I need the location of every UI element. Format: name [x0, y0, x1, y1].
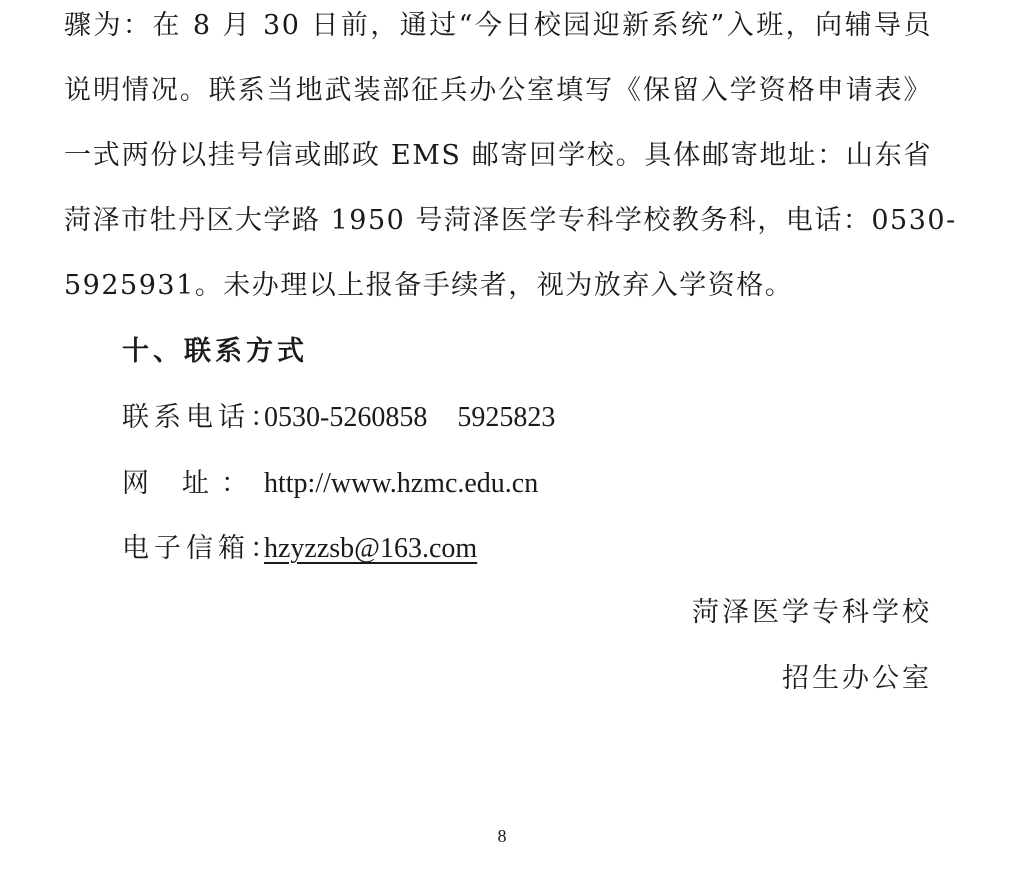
- signature-organization: 菏泽医学专科学校: [692, 595, 932, 631]
- website-link[interactable]: http://www.hzmc.edu.cn: [264, 466, 538, 502]
- body-line-5: 5925931。未办理以上报备手续者，视为放弃入学资格。: [64, 268, 932, 304]
- website-label: 网 址：: [122, 466, 248, 502]
- contact-phone-row: 联系电话： 0530-5260858 5925823: [122, 400, 555, 436]
- body-line-4: 菏泽市牡丹区大学路 1950 号菏泽医学专科学校教务科，电话：0530-: [64, 203, 932, 239]
- contact-email-row: 电子信箱： hzyzzsb@163.com: [122, 531, 477, 567]
- email-link[interactable]: hzyzzsb@163.com: [264, 531, 477, 567]
- phone-label: 联系电话：: [122, 400, 264, 436]
- phone-number-1: 0530-5260858: [264, 400, 427, 436]
- body-line-2: 说明情况。联系当地武装部征兵办公室填写《保留入学资格申请表》: [64, 73, 932, 109]
- document-page: 骤为：在 8 月 30 日前，通过“今日校园迎新系统”入班，向辅导员 说明情况。…: [0, 0, 1024, 879]
- body-line-1: 骤为：在 8 月 30 日前，通过“今日校园迎新系统”入班，向辅导员: [64, 8, 932, 44]
- email-label: 电子信箱：: [122, 531, 264, 567]
- body-line-3: 一式两份以挂号信或邮政 EMS 邮寄回学校。具体邮寄地址：山东省: [64, 138, 932, 174]
- page-number: 8: [0, 826, 1004, 847]
- signature-department: 招生办公室: [782, 661, 932, 697]
- website-label-char1: 网: [122, 468, 161, 499]
- website-label-char2: 址：: [182, 468, 248, 499]
- phone-number-2: 5925823: [457, 400, 555, 436]
- section-heading: 十、联系方式: [122, 334, 308, 370]
- contact-website-row: 网 址： http://www.hzmc.edu.cn: [122, 466, 538, 502]
